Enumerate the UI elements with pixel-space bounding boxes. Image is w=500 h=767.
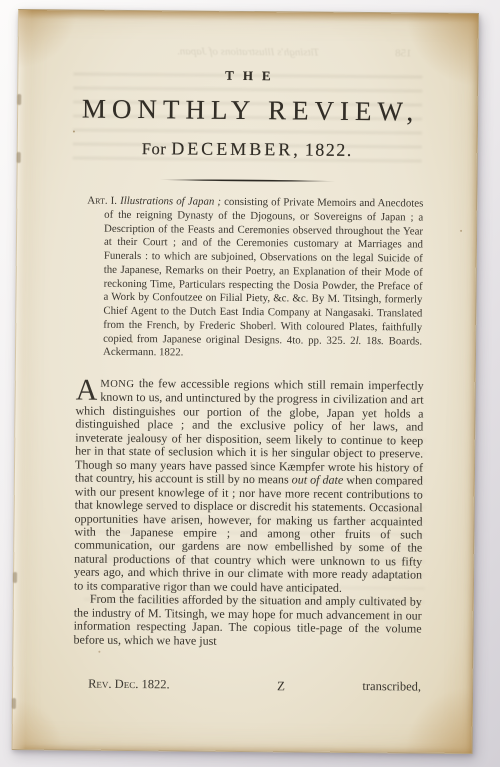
- masthead: THE MONTHLY REVIEW, ForDECEMBER,1822.: [18, 66, 478, 162]
- price-shillings: 18: [361, 335, 377, 347]
- photo-backdrop: { "masthead": { "the": "THE", "title": "…: [0, 0, 500, 767]
- swelled-rule: [127, 178, 367, 183]
- paragraph-text: the few accessible regions which still r…: [75, 376, 424, 487]
- article-title: Illustrations of Japan ;: [120, 195, 221, 208]
- bleedthrough-page-number: 158: [395, 47, 412, 59]
- paragraph-italic-phrase: out of date: [292, 473, 344, 487]
- article-body: AMONG the few accessible regions which s…: [73, 377, 423, 650]
- binding-stitch-hole: [13, 572, 17, 583]
- article-number: Art. I.: [87, 195, 117, 207]
- article-heading: Art. I. Illustrations of Japan ; consist…: [86, 195, 423, 363]
- article-bibliographic-text: consisting of Private Memoirs and Anecdo…: [103, 196, 423, 347]
- catchword: transcribed,: [362, 679, 421, 696]
- drop-cap-smallcaps: MONG: [100, 379, 134, 390]
- bleedthrough-running-head: Titsingh's Illustrations of Japan.: [49, 44, 448, 59]
- footer-issue-label: Rev. Dec. 1822.: [88, 677, 170, 694]
- drop-cap: A: [76, 377, 101, 402]
- paragraph: From the facilities afforded by the situ…: [73, 593, 421, 650]
- signature-mark: Z: [277, 678, 285, 694]
- issue-date: ForDECEMBER,1822.: [18, 137, 477, 162]
- paragraph: AMONG the few accessible regions which s…: [74, 377, 424, 596]
- binding-stitch-hole: [12, 698, 16, 709]
- page-footer: Rev. Dec. 1822. Z transcribed,: [88, 677, 421, 696]
- issue-date-for: For: [142, 139, 167, 158]
- book-page: 158Titsingh's Illustrations of Japan. TH…: [12, 9, 479, 754]
- masthead-the: THE: [27, 66, 477, 86]
- issue-date-year: 1822.: [305, 140, 353, 160]
- journal-title: MONTHLY REVIEW,: [24, 93, 477, 128]
- issue-date-month: DECEMBER,: [171, 138, 301, 159]
- paragraph-text: when compared with our present knowlege …: [74, 473, 423, 595]
- verso-bleedthrough: 158Titsingh's Illustrations of Japan.: [49, 44, 448, 63]
